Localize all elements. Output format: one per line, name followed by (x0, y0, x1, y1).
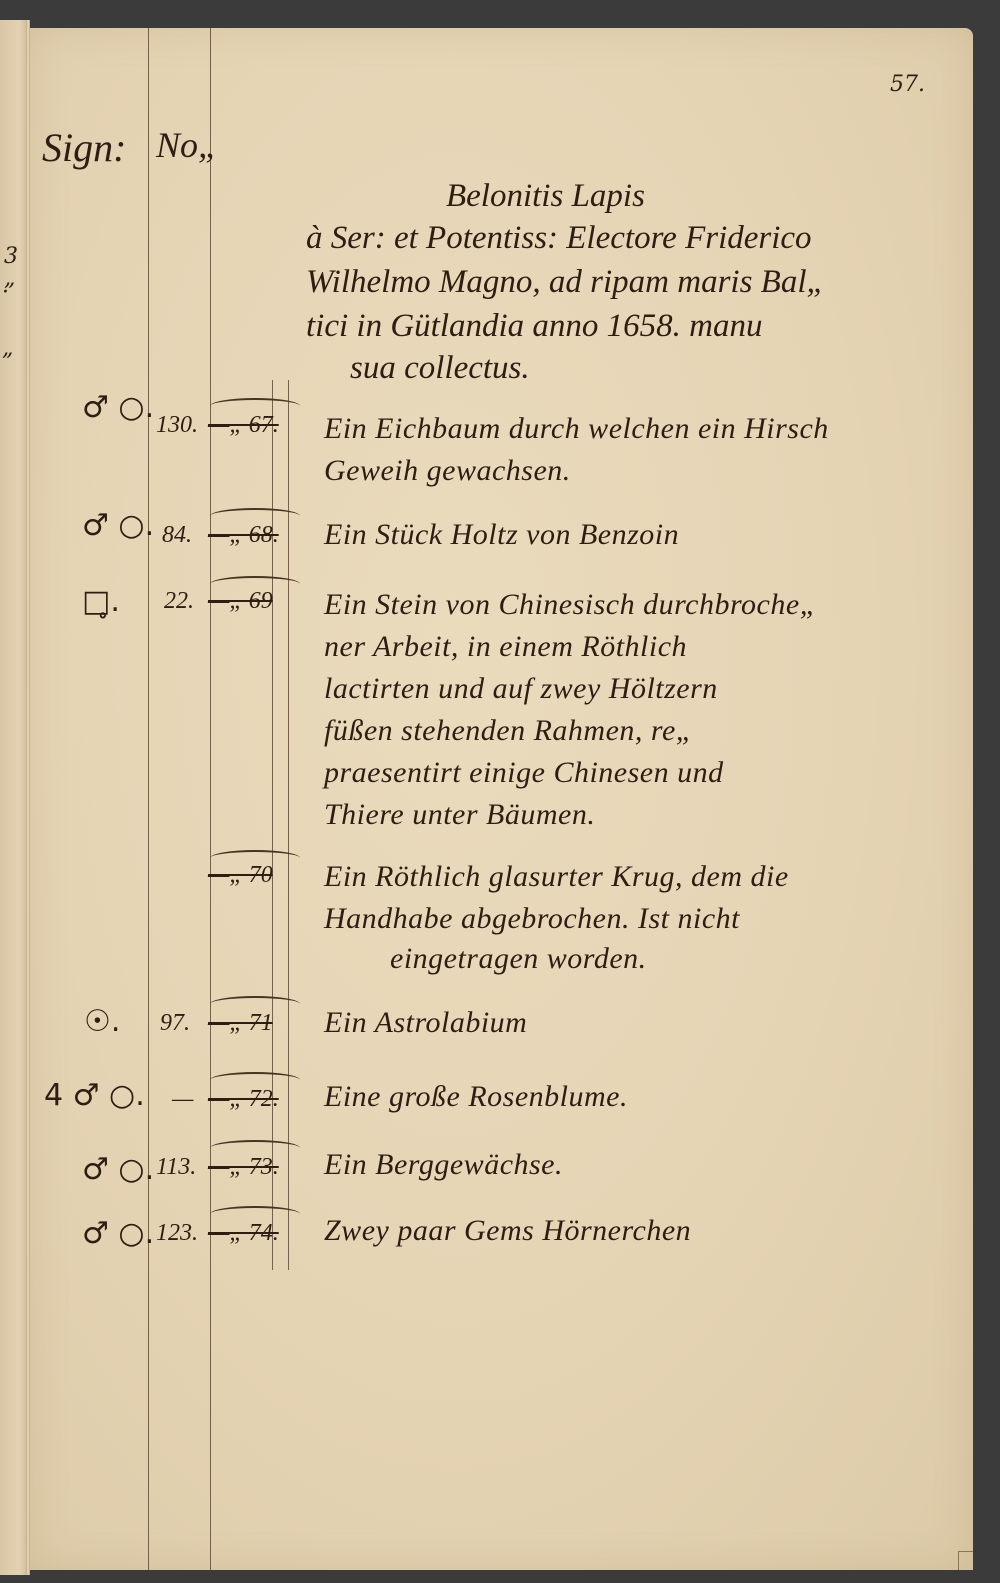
entry-text-line: Ein Astrolabium (324, 1006, 527, 1040)
number-column-header: No„ (156, 124, 218, 166)
alchemical-symbol: ♂ ○. (82, 1152, 154, 1187)
entry-text-line: Ein Röthlich glasurter Krug, dem die (324, 860, 789, 894)
alchemical-symbol: ♂ ○. (82, 508, 154, 543)
manuscript-page: 57. Sign: No„ Belonitis Lapis à Ser: et … (30, 28, 973, 1570)
strike-flourish (210, 398, 300, 414)
entry-text-line: Ein Eichbaum durch welchen ein Hirsch (324, 412, 829, 446)
facing-page-fragment: · (2, 280, 9, 305)
title-line: sua collectus. (350, 350, 530, 387)
entry-text-line: Ein Stein von Chinesisch durchbroche„ (324, 588, 817, 622)
strike-flourish (210, 1140, 300, 1156)
entry-text-line: Handhabe abgebrochen. Ist nicht (324, 902, 740, 936)
alchemical-symbol: ♂ ○. (82, 1216, 154, 1251)
entry-text-line: Geweih gewachsen. (324, 454, 571, 488)
title-line: à Ser: et Potentiss: Electore Friderico (306, 220, 812, 257)
old-number: —„ 70 (208, 862, 273, 889)
entry-text-line: Ein Berggewächse. (324, 1148, 563, 1182)
entry-text-line: lactirten und auf zwey Höltzern (324, 672, 718, 706)
facing-page-fragment: „ (2, 336, 13, 361)
old-number: —„ 72. (208, 1086, 279, 1113)
old-number: —„ 74. (208, 1220, 279, 1247)
entry-text-line: Thiere unter Bäumen. (324, 798, 595, 832)
old-number: —„ 73. (208, 1154, 279, 1181)
signature-number: 84. (162, 522, 192, 549)
alchemical-symbol: ♂ ○. (82, 390, 154, 425)
old-number: —„ 71 (208, 1010, 273, 1037)
column-rule-signature (148, 28, 149, 1570)
signature-number: 22. (164, 588, 194, 615)
old-number: —„ 67. (208, 412, 279, 439)
strike-flourish (210, 850, 300, 866)
strike-flourish (210, 1206, 300, 1222)
entry-text-line: ner Arbeit, in einem Röthlich (324, 630, 687, 664)
entry-text-line: Ein Stück Holtz von Benzoin (324, 518, 679, 552)
entry-text-line: füßen stehenden Rahmen, re„ (324, 714, 693, 748)
signature-column-header: Sign: (42, 124, 126, 171)
signature-number: 130. (156, 412, 198, 439)
old-number: —„ 68. (208, 522, 279, 549)
folded-corner (958, 1551, 973, 1570)
strike-flourish (210, 576, 300, 592)
entry-text-line: Eine große Rosenblume. (324, 1080, 628, 1114)
entry-text-line: Zwey paar Gems Hörnerchen (324, 1214, 691, 1248)
entry-text-line: praesentirt einige Chinesen und (324, 756, 724, 790)
entry-text-line: eingetragen worden. (390, 942, 647, 976)
alchemical-symbol: 4 ♂ ○. (44, 1078, 145, 1113)
strike-flourish (210, 508, 300, 524)
alchemical-symbol: ☉. (84, 1004, 120, 1039)
title-line: tici in Gütlandia anno 1658. manu (306, 308, 763, 345)
title-line: Wilhelmo Magno, ad ripam maris Bal„ (306, 264, 825, 301)
alchemical-symbol: □̥. (82, 584, 120, 619)
signature-number: — (172, 1086, 193, 1113)
title-line: Belonitis Lapis (446, 178, 645, 215)
signature-number: 113. (156, 1154, 196, 1181)
signature-number: 97. (160, 1010, 190, 1037)
column-rule-number (210, 28, 211, 1570)
strike-flourish (210, 996, 300, 1012)
old-number: —„ 69 (208, 588, 273, 615)
folio-number: 57. (890, 72, 925, 97)
strike-flourish (210, 1072, 300, 1088)
signature-number: 123. (156, 1220, 198, 1247)
